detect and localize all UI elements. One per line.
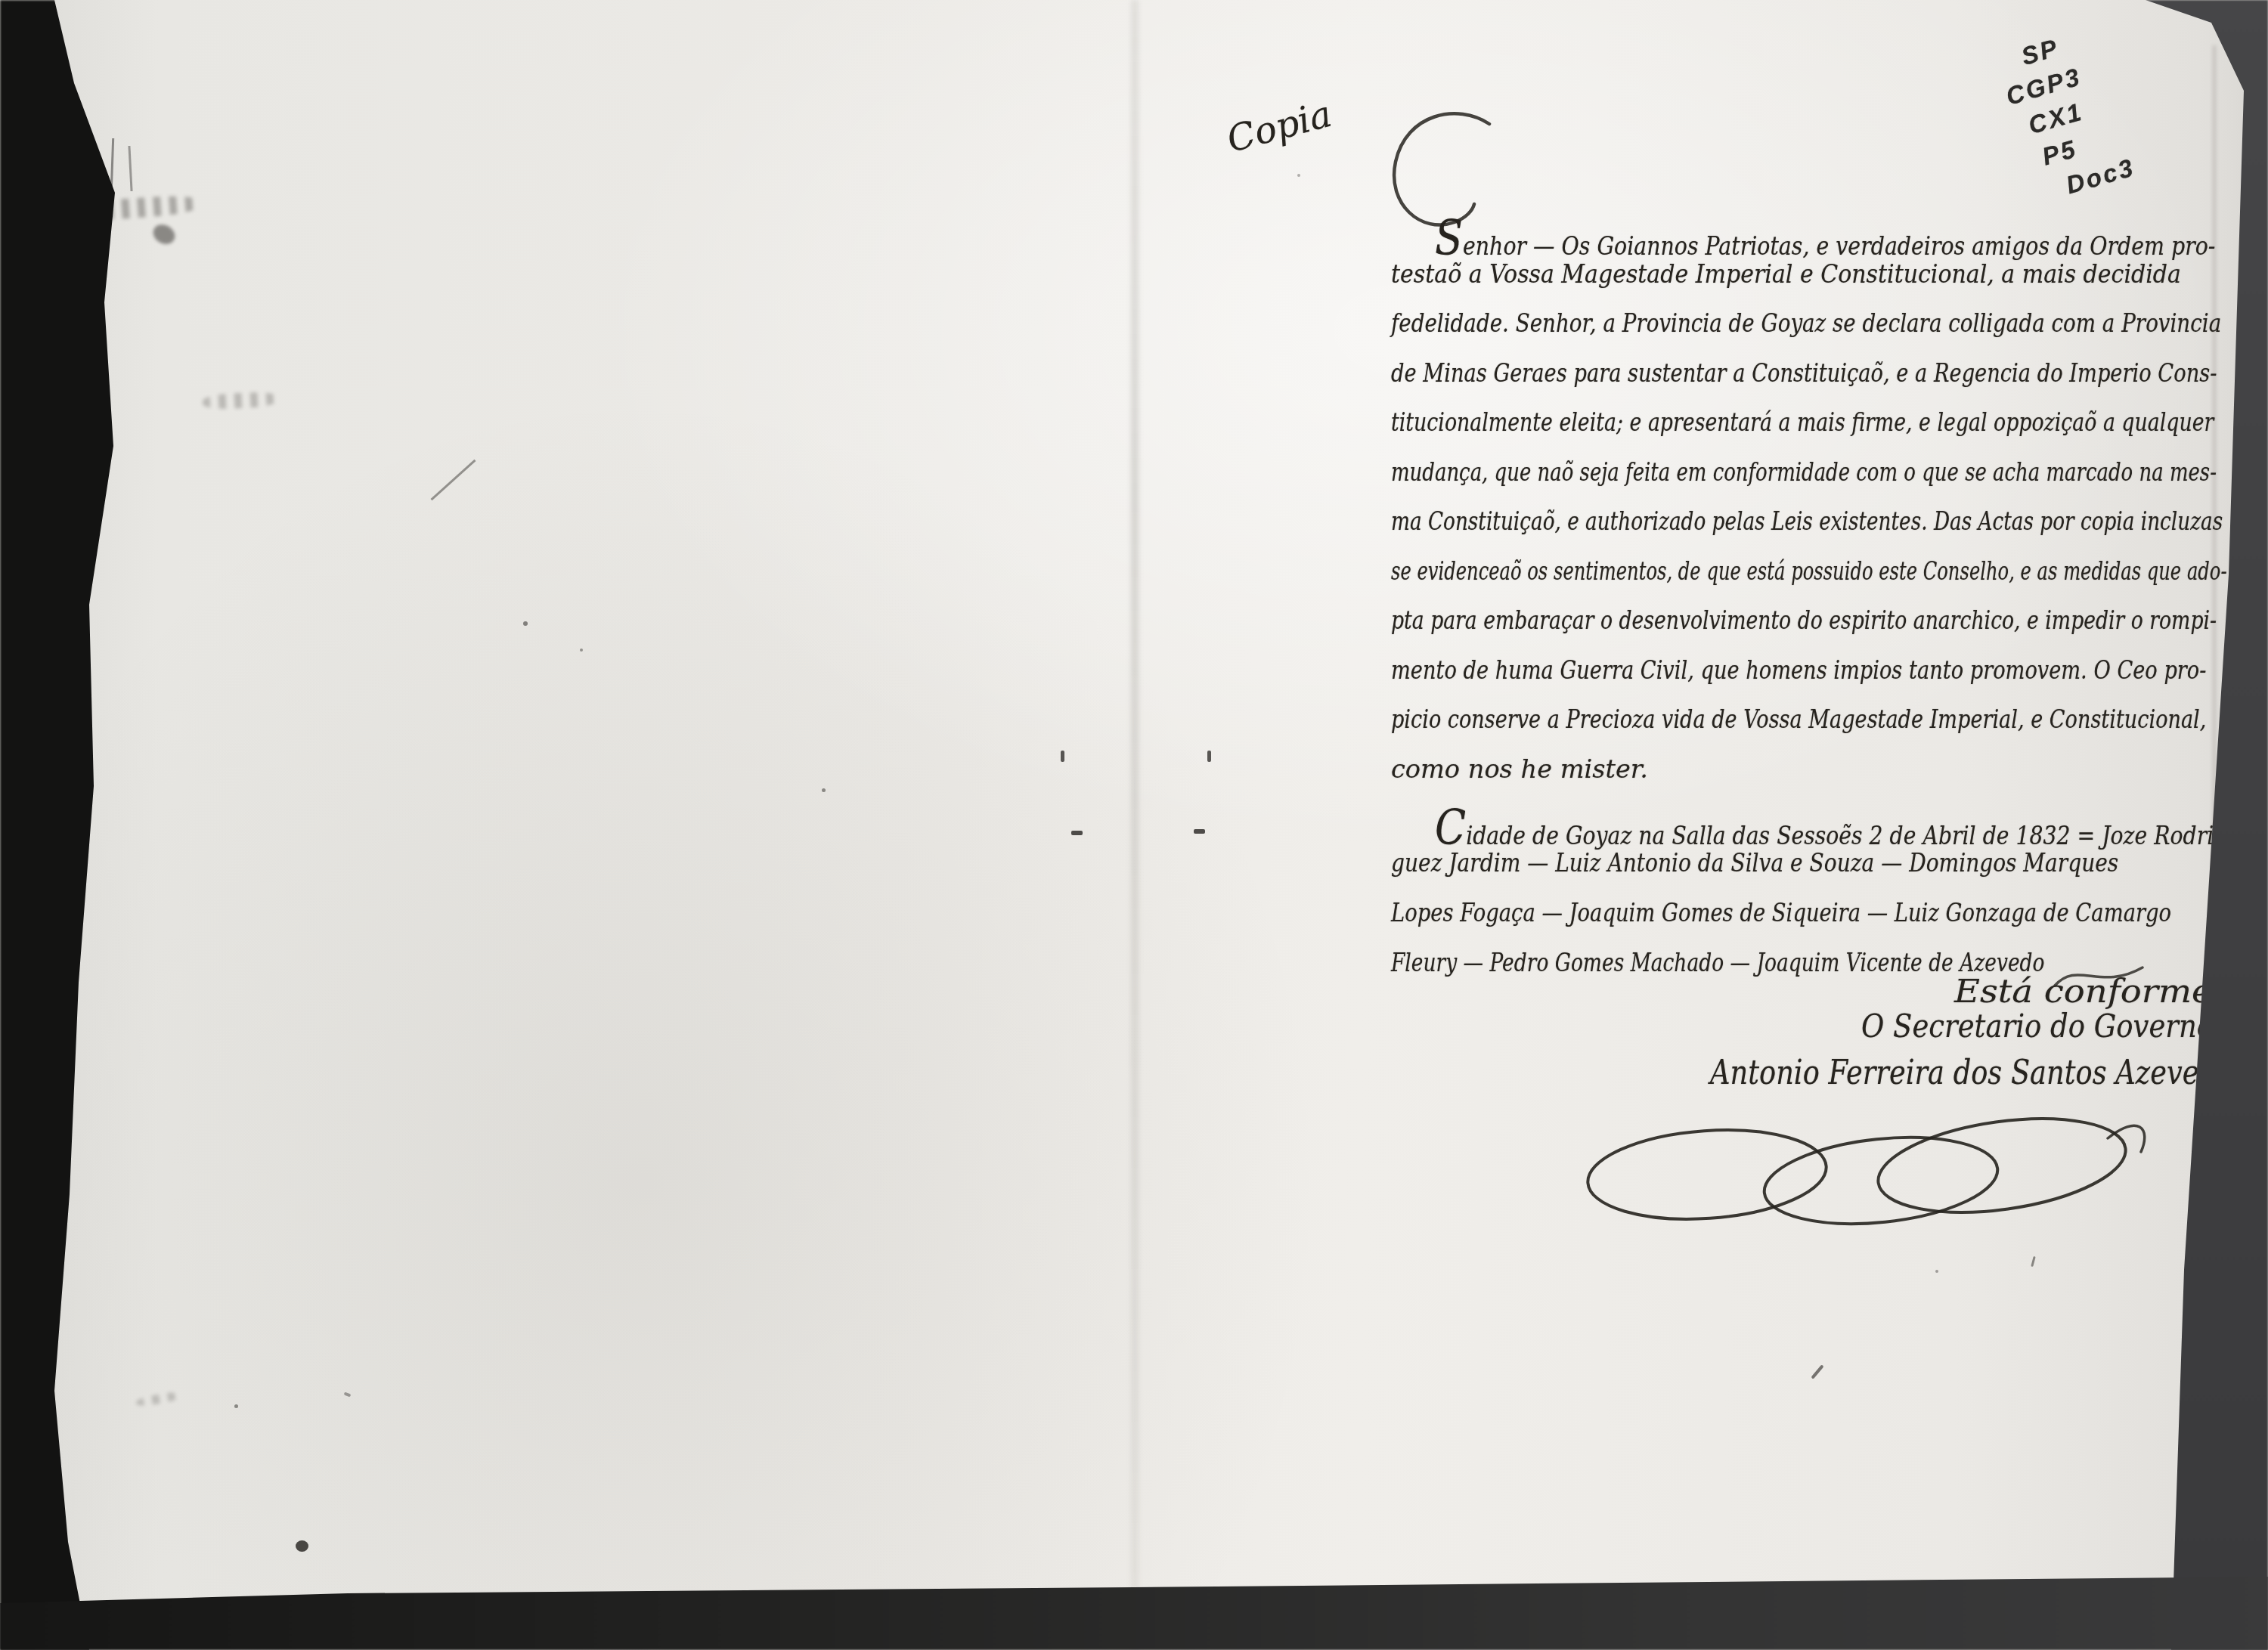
attestation-line: Está conforme bbox=[1954, 974, 2212, 1011]
manuscript-line-salutation: Senhor — Os Goiannos Patriotas, e verdad… bbox=[1435, 210, 2215, 266]
manuscript-line: mudança, que naõ seja feita em conformid… bbox=[1391, 457, 2217, 487]
secretary-signature: Antonio Ferreira dos Santos Azevedo bbox=[1710, 1052, 2233, 1092]
signature-flourish bbox=[1579, 1108, 2153, 1237]
manuscript-line: como nos he mister. bbox=[1391, 754, 1648, 784]
manuscript-line: se evidenceaõ os sentimentos, de que est… bbox=[1391, 556, 2227, 586]
manuscript-line: de Minas Geraes para sustentar a Constit… bbox=[1391, 358, 2217, 388]
secretary-title-line: O Secretario do Governo bbox=[1861, 1008, 2214, 1045]
manuscript-line: mento de huma Guerra Civil, que homens i… bbox=[1391, 655, 2206, 685]
manuscript-line-signatories: guez Jardim — Luiz Antonio da Silva e So… bbox=[1391, 848, 2118, 878]
manuscript-line: titucionalmente eleita; e apresentará a … bbox=[1391, 407, 2214, 437]
scanned-document-page: Copia SP CGP3 CX1 P5 Doc3 Senhor — Os Go… bbox=[0, 0, 2268, 1650]
manuscript-line: pta para embaraçar o desenvolvimento do … bbox=[1391, 605, 2217, 635]
manuscript-line: picio conserve a Precioza vida de Vossa … bbox=[1391, 704, 2206, 734]
manuscript-line: fedelidade. Senhor, a Provincia de Goyaz… bbox=[1391, 308, 2221, 338]
manuscript-line-signatories: Lopes Fogaça — Joaquim Gomes de Siqueira… bbox=[1391, 898, 2171, 927]
manuscript-line: testaõ a Vossa Magestade Imperial e Cons… bbox=[1391, 259, 2181, 289]
manuscript-line: ma Constituiçaõ, e authorizado pelas Lei… bbox=[1391, 506, 2223, 536]
manuscript-line-signatories: Fleury — Pedro Gomes Machado — Joaquim V… bbox=[1391, 948, 2044, 977]
